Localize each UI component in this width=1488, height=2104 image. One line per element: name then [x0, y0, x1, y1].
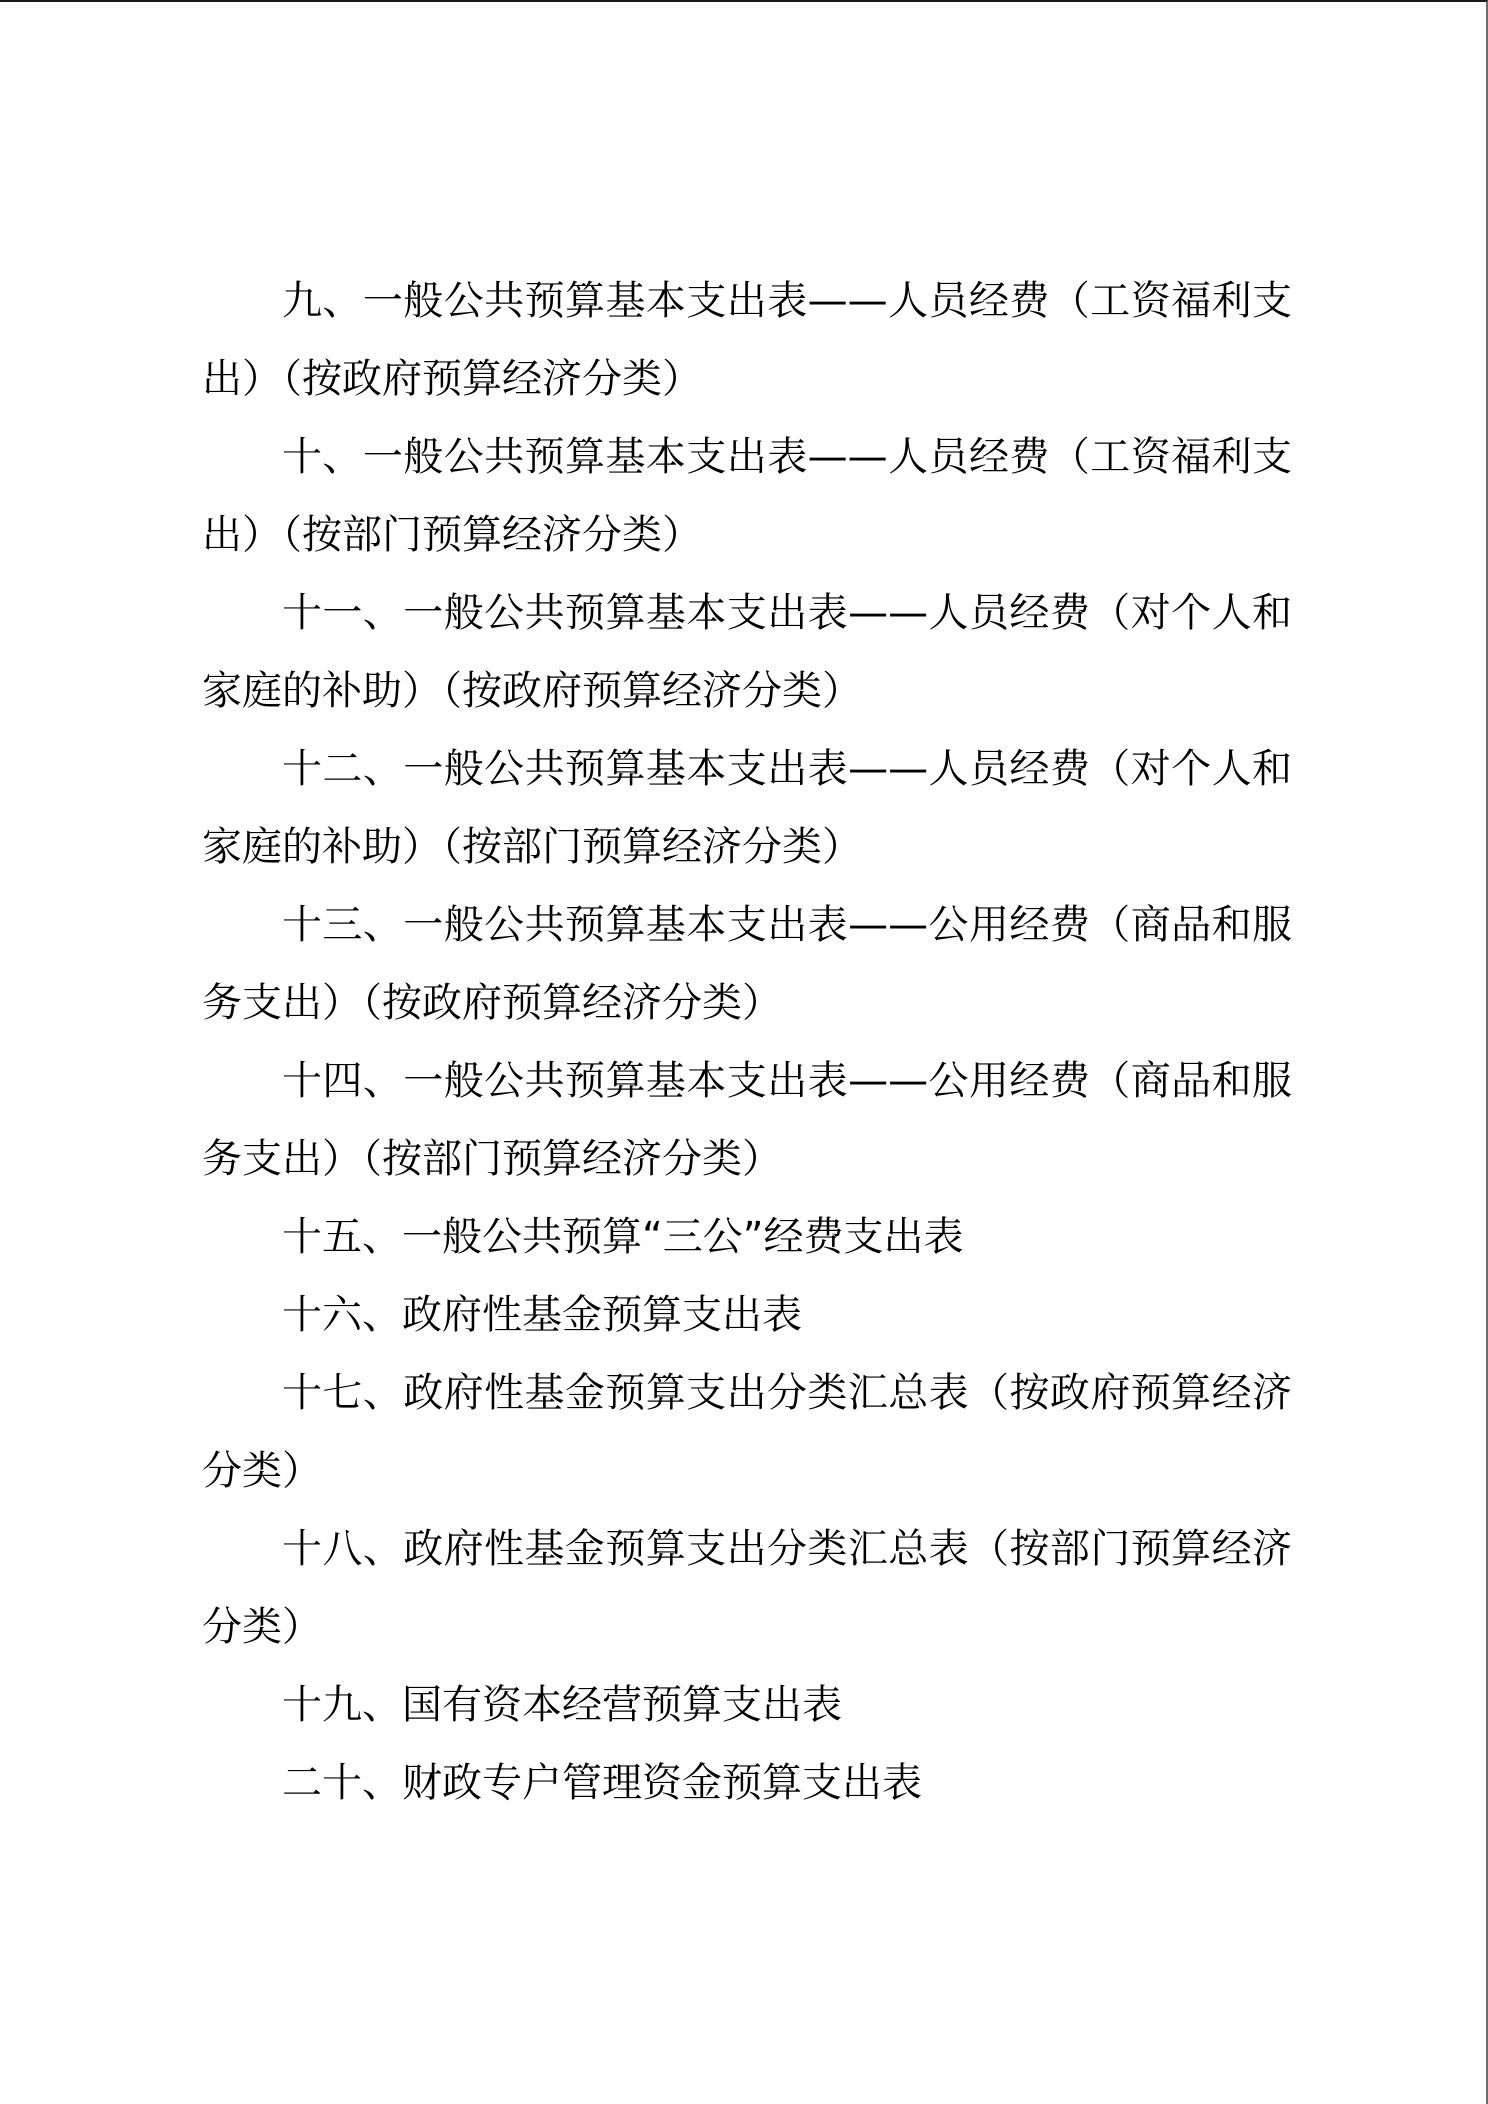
toc-item-15: 十五、一般公共预算“三公”经费支出表 — [202, 1198, 1292, 1276]
toc-item-20: 二十、财政专户管理资金预算支出表 — [202, 1744, 1292, 1822]
toc-item-18: 十八、政府性基金预算支出分类汇总表（按部门预算经济分类） — [202, 1510, 1292, 1666]
toc-item-12: 十二、一般公共预算基本支出表——人员经费（对个人和家庭的补助）（按部门预算经济分… — [202, 730, 1292, 886]
toc-item-14: 十四、一般公共预算基本支出表——公用经费（商品和服务支出）（按部门预算经济分类） — [202, 1042, 1292, 1198]
document-page: 九、一般公共预算基本支出表——人员经费（工资福利支出）（按政府预算经济分类） 十… — [0, 0, 1488, 2104]
toc-item-13: 十三、一般公共预算基本支出表——公用经费（商品和服务支出）（按政府预算经济分类） — [202, 886, 1292, 1042]
table-of-contents-list: 九、一般公共预算基本支出表——人员经费（工资福利支出）（按政府预算经济分类） 十… — [202, 262, 1292, 1822]
toc-item-11: 十一、一般公共预算基本支出表——人员经费（对个人和家庭的补助）（按政府预算经济分… — [202, 574, 1292, 730]
toc-item-9: 九、一般公共预算基本支出表——人员经费（工资福利支出）（按政府预算经济分类） — [202, 262, 1292, 418]
toc-item-10: 十、一般公共预算基本支出表——人员经费（工资福利支出）（按部门预算经济分类） — [202, 418, 1292, 574]
toc-item-19: 十九、国有资本经营预算支出表 — [202, 1666, 1292, 1744]
toc-item-17: 十七、政府性基金预算支出分类汇总表（按政府预算经济分类） — [202, 1354, 1292, 1510]
toc-item-16: 十六、政府性基金预算支出表 — [202, 1276, 1292, 1354]
